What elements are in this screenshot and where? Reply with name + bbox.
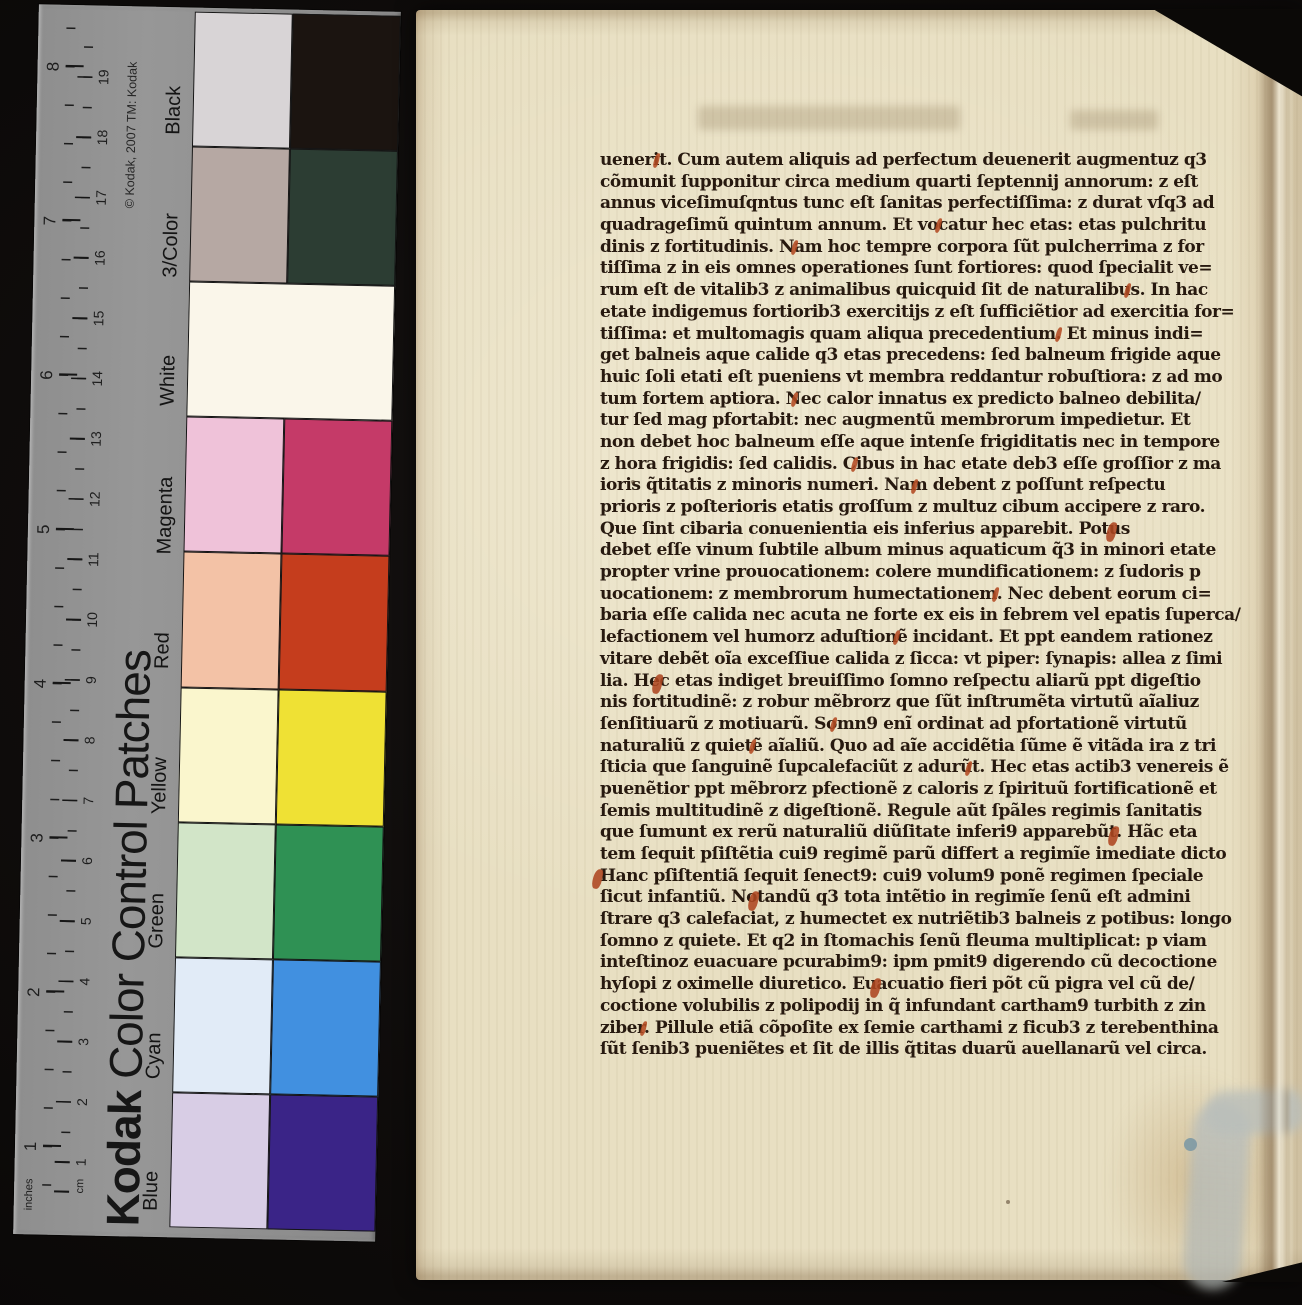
patch-columns: BlueCyanGreenYellowRedMagentaWhite3/Colo… xyxy=(137,11,400,1232)
color-patch-light xyxy=(192,12,293,149)
text-line: tiſſima: et multomagis quam aliqua prece… xyxy=(600,324,1200,346)
blue-dot xyxy=(1184,1138,1197,1151)
text-line: lia. Hec etas indiget breuiſſimo ſomno r… xyxy=(600,671,1200,693)
text-line: cõmunit ſupponitur circa medium quarti ſ… xyxy=(600,172,1200,194)
patch-cells xyxy=(192,12,401,151)
patch-label: Green xyxy=(144,861,170,981)
inch-number: 7 xyxy=(40,216,60,226)
text-line: puenẽtior ppt mẽbrorz pfectionẽ z calori… xyxy=(600,779,1200,801)
patch-label: 3/Color xyxy=(159,185,185,305)
patch-label: Blue xyxy=(139,1131,165,1251)
patch-column-yellow: Yellow xyxy=(146,686,387,826)
text-line: ſũt ſenib3 pueniẽtes et ſit de illis q̃t… xyxy=(600,1039,1200,1061)
inch-number: 3 xyxy=(27,833,47,843)
text-line: tum fortem aptiora. Nec calor innatus ex… xyxy=(600,389,1200,411)
patch-label: Cyan xyxy=(142,996,168,1116)
color-patch-dark xyxy=(270,959,381,1096)
text-line: ſicut infantiũ. Notandũ q3 tota intẽtio … xyxy=(600,887,1200,909)
patch-column-white: White xyxy=(154,281,395,421)
patch-cells xyxy=(175,822,384,961)
text-line: quadrageſimũ quintum annum. Et vocatur h… xyxy=(600,215,1200,237)
patch-cells xyxy=(189,147,398,286)
color-patch-dark xyxy=(279,554,390,691)
color-patch-light xyxy=(183,417,284,554)
cm-number: 8 xyxy=(81,736,97,744)
foxing-spot xyxy=(1006,1200,1010,1204)
text-line: vitare debẽt oĩa exceſſiue calida z ſicc… xyxy=(600,649,1200,671)
patch-column-green: Green xyxy=(143,821,384,961)
inch-number: 6 xyxy=(37,370,57,380)
showthrough-ghost-folio xyxy=(1070,110,1158,130)
text-line: dinis z fortitudinis. Nam hoc tempre cor… xyxy=(600,237,1200,259)
text-line: tiſſima z in eis omnes operationes ſunt … xyxy=(600,258,1200,280)
text-line: uocationem: z membrorum humectationem. N… xyxy=(600,584,1200,606)
patch-cells xyxy=(169,1092,378,1231)
text-line: get balneis aque calide q3 etas preceden… xyxy=(600,345,1200,367)
page-crease xyxy=(1258,10,1292,1280)
cm-number: 15 xyxy=(90,310,106,326)
text-line: ſemis multitudinẽ z digeſtionẽ. Regule a… xyxy=(600,801,1200,823)
patch-label: Magenta xyxy=(153,455,179,575)
patch-cells xyxy=(186,282,395,421)
kodak-color-strip: inches cm 123456781234567891011121314151… xyxy=(13,4,405,1241)
cm-number: 13 xyxy=(88,431,104,447)
text-line: ziber. Pillule etiã cõpoſite ex ſemie ca… xyxy=(600,1018,1200,1040)
text-line: ſticia que ſanguinẽ ſupcalefaciũt z adur… xyxy=(600,757,1200,779)
color-patch-dark xyxy=(276,689,387,826)
text-line: propter vrine prouocationem: colere mund… xyxy=(600,562,1200,584)
inch-number: 5 xyxy=(34,524,54,534)
text-line: baria eſſe calida nec acuta ne forte ex … xyxy=(600,605,1200,627)
patch-column-magenta: Magenta xyxy=(151,416,392,556)
ruler-cm-label: cm xyxy=(74,1179,86,1194)
text-block: uenerit. Cum autem aliquis ad perfectum … xyxy=(600,150,1200,1070)
patch-cells xyxy=(172,957,381,1096)
color-patch-dark xyxy=(267,1094,378,1231)
patch-label: White xyxy=(156,320,182,440)
text-line: tem ſequit pſiſtẽtia cui9 regimẽ parũ di… xyxy=(600,844,1200,866)
foxing-spot xyxy=(756,1050,760,1054)
text-line: huic ſoli etati eſt pueniens vt membra r… xyxy=(600,367,1200,389)
kodak-strip-body: inches cm 123456781234567891011121314151… xyxy=(13,4,401,1241)
inch-number: 2 xyxy=(24,987,44,997)
cm-number: 11 xyxy=(85,552,101,567)
patch-column-3-color: 3/Color xyxy=(157,146,398,286)
cm-number: 5 xyxy=(78,917,94,925)
text-line: ioris q̃titatis z minoris numeri. Nam de… xyxy=(600,475,1200,497)
color-patch-dark xyxy=(281,419,392,556)
color-patch-light xyxy=(172,957,273,1094)
text-line: uenerit. Cum autem aliquis ad perfectum … xyxy=(600,150,1200,172)
text-line: tur ſed mag pfortabit: nec augmentũ memb… xyxy=(600,410,1200,432)
patch-label: Yellow xyxy=(147,725,173,845)
cm-number: 10 xyxy=(84,612,100,628)
text-line: z hora frigidis: ſed calidis. Cibus in h… xyxy=(600,454,1200,476)
text-line: ſtrare q3 calefaciat, z humectet ex nutr… xyxy=(600,909,1200,931)
color-patch-light xyxy=(181,552,282,689)
text-line: annus viceſimuſqntus tunc eſt ſanitas pe… xyxy=(600,193,1200,215)
cm-number: 18 xyxy=(94,130,110,146)
patch-label: Red xyxy=(150,590,176,710)
cm-number: 6 xyxy=(79,857,95,865)
cm-number: 9 xyxy=(83,676,99,684)
text-line: ſenſitiuarũ z motiuarũ. Somn9 enĩ ordina… xyxy=(600,714,1200,736)
patch-column-blue: Blue xyxy=(137,1092,378,1232)
ruler-inches-label: inches xyxy=(23,1178,36,1210)
color-patch-light xyxy=(189,147,290,284)
cm-number: 2 xyxy=(74,1098,90,1106)
text-line: naturaliũ z quietẽ aĩaliũ. Quo ad aĩe ac… xyxy=(600,736,1200,758)
text-line: prioris z poſterioris etatis groſſum z m… xyxy=(600,497,1200,519)
patch-cells xyxy=(183,417,392,556)
cm-number: 3 xyxy=(75,1038,91,1046)
text-line: coctione volubilis z polipodij in q̃ inf… xyxy=(600,996,1200,1018)
cm-number: 16 xyxy=(91,250,107,266)
cm-number: 12 xyxy=(86,491,102,507)
patch-column-cyan: Cyan xyxy=(140,956,381,1096)
text-line: nis fortitudinẽ: z robur mẽbrorz que ſũt… xyxy=(600,692,1200,714)
color-patch-light xyxy=(178,687,279,824)
foxing-spot xyxy=(631,480,635,484)
color-patch-dark xyxy=(287,149,398,286)
text-line: non debet hoc balneum eſſe aque intenſe … xyxy=(600,432,1200,454)
cm-number: 1 xyxy=(73,1158,89,1166)
patch-cells xyxy=(181,552,390,691)
color-patch xyxy=(186,282,395,421)
text-line: hyſopi z oximelle diuretico. Euacuatio f… xyxy=(600,974,1200,996)
cm-number: 7 xyxy=(80,797,96,805)
cm-number: 17 xyxy=(93,190,109,206)
text-line: ſomno z quiete. Et q2 in ſtomachis ſenũ … xyxy=(600,931,1200,953)
cm-number: 14 xyxy=(89,371,105,387)
color-patch-light xyxy=(169,1092,270,1229)
patch-column-black: Black xyxy=(160,11,401,151)
text-line: etate indigemus fortiorib3 exercitijs z … xyxy=(600,302,1200,324)
color-patch-dark xyxy=(273,824,384,961)
text-line: debet eſſe vinum ſubtile album minus aqu… xyxy=(600,540,1200,562)
inch-number: 4 xyxy=(31,679,51,689)
color-patch-dark xyxy=(290,14,401,151)
text-line: inteſtinoz euacuare pcurabim9: ipm pmit9… xyxy=(600,952,1200,974)
patch-label: Black xyxy=(161,50,187,170)
color-patch-light xyxy=(175,822,276,959)
patch-column-red: Red xyxy=(149,551,390,691)
photo-scan: inches cm 123456781234567891011121314151… xyxy=(0,0,1302,1305)
patch-cells xyxy=(178,687,387,826)
cm-number: 4 xyxy=(76,978,92,986)
inch-number: 1 xyxy=(21,1141,41,1151)
showthrough-ghost xyxy=(698,106,960,130)
text-line: rum eſt de vitalib3 z animalibus quicqui… xyxy=(600,280,1200,302)
cm-number: 19 xyxy=(95,69,111,85)
manuscript-page: uenerit. Cum autem aliquis ad perfectum … xyxy=(416,10,1302,1280)
inch-number: 8 xyxy=(44,62,64,72)
text-line: Hanc pſiſtentiã ſequit ſenect9: cui9 vol… xyxy=(600,866,1200,888)
